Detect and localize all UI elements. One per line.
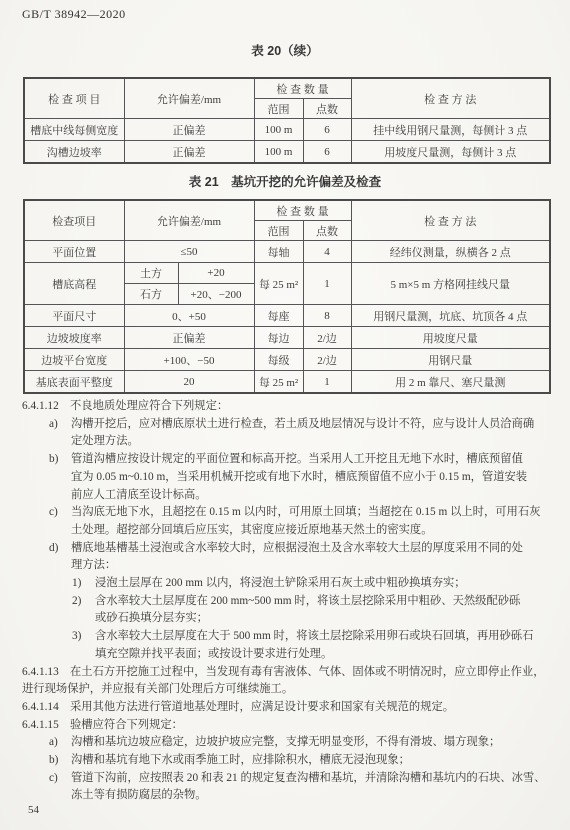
list-item-text: 当沟底无地下水，且超挖在 0.15 m 以内时，可用原土回填；当超挖在 0.15… [71, 504, 550, 539]
cell-method: 经纬仪测量，纵横各 2 点 [351, 241, 550, 263]
cell-method: 用坡度尺量测，每侧计 3 点 [351, 141, 550, 164]
cell-range: 100 m [254, 141, 303, 164]
document-page: GB/T 38942—2020 表 20（续） 检 查 项 目 允许偏差/mm … [0, 0, 570, 830]
list-item-a: a) 沟槽开挖后，应对槽底原状土进行检查，若土质及地层情况与设计不符，应与设计人… [22, 416, 550, 451]
header-quantity: 检 查 数 量 [254, 200, 351, 221]
sublist-item-text: 含水率较大土层厚度在 200 mm~500 mm 时，将该土层挖除采用中粗砂、天… [95, 593, 550, 628]
cell-method: 用钢尺量 [351, 349, 550, 371]
list-item-text: 槽底地基槽基土浸泡或含水率较大时，应根据浸泡土及含水率较大土层的厚度采用不同的处… [71, 540, 550, 575]
cell-range: 每轴 [254, 241, 303, 263]
standard-number: GB/T 38942—2020 [22, 7, 126, 22]
cell-tolerance: ≤50 [124, 241, 254, 263]
cell-item: 平面位置 [24, 241, 124, 263]
table-row: 边坡平台宽度 +100、−50 每级 2/边 用钢尺量 [24, 349, 550, 371]
cell-range: 每座 [254, 305, 303, 327]
cell-points: 6 [303, 119, 351, 141]
table-row: 槽底中线每侧宽度 正偏差 100 m 6 挂中线用钢尺量测，每侧计 3 点 [24, 119, 550, 141]
table-row: 基底表面平整度 20 每 25 m² 1 用 2 m 靠尺、塞尺量测 [24, 371, 550, 394]
header-points: 点数 [303, 221, 351, 241]
header-item: 检查项目 [24, 200, 124, 241]
cell-method: 用钢尺量测，坑底、坑顶各 4 点 [351, 305, 550, 327]
sublist-item-text: 含水率较大土层厚度在大于 500 mm 时，将该土层挖除采用卵石或块石回填，再用… [95, 628, 550, 663]
header-method: 检 查 方 法 [351, 200, 550, 241]
cell-sub-label: 石方 [124, 284, 178, 305]
table-20: 检 查 项 目 允许偏差/mm 检 查 数 量 检 查 方 法 范围 点数 槽底… [23, 77, 551, 164]
cell-points: 6 [303, 141, 351, 164]
cell-item: 沟槽边坡率 [24, 141, 124, 164]
list-item-c: c) 管道下沟前，应按照表 20 和表 21 的规定复查沟槽和基坑，并清除沟槽和… [22, 770, 550, 805]
cell-points: 1 [303, 263, 351, 305]
cell-item: 基底表面平整度 [24, 371, 124, 394]
list-item-c: c) 当沟底无地下水，且超挖在 0.15 m 以内时，可用原土回填；当超挖在 0… [22, 504, 550, 539]
header-range: 范围 [254, 99, 303, 119]
cell-tolerance: +100、−50 [124, 349, 254, 371]
cell-item: 边坡坡度率 [24, 327, 124, 349]
list-item-a: a) 沟槽和基坑边坡应稳定，边坡护坡应完整，支撑无明显变形，不得有滑坡、塌方现象… [22, 734, 550, 752]
sublist-item-label: 2) [72, 593, 95, 628]
header-points: 点数 [303, 99, 351, 119]
list-item-d: d) 槽底地基槽基土浸泡或含水率较大时，应根据浸泡土及含水率较大土层的厚度采用不… [22, 540, 550, 575]
cell-range: 每 25 m² [254, 263, 303, 305]
sublist-item-2: 2) 含水率较大土层厚度在 200 mm~500 mm 时，将该土层挖除采用中粗… [22, 593, 550, 628]
list-item-text: 沟槽开挖后，应对槽底原状土进行检查，若土质及地层情况与设计不符，应与设计人员洽商… [71, 416, 550, 451]
list-item-b: b) 管道沟槽应按设计规定的平面位置和标高开挖。当采用人工开挖且无地下水时，槽底… [22, 451, 550, 504]
table-21: 检查项目 允许偏差/mm 检 查 数 量 检 查 方 法 范围 点数 平面位置 … [23, 199, 551, 394]
cell-range: 每边 [254, 327, 303, 349]
list-item-label: b) [49, 752, 71, 770]
list-item-b: b) 沟槽和基坑有地下水或雨季施工时，应排除积水，槽底无浸泡现象； [22, 752, 550, 770]
cell-tolerance: 正偏差 [124, 141, 254, 164]
cell-range: 每级 [254, 349, 303, 371]
list-item-label: d) [49, 540, 71, 575]
cell-sub-value: +20、−200 [178, 284, 254, 305]
cell-tolerance: 20 [124, 371, 254, 394]
cell-sub-value: +20 [178, 263, 254, 284]
page-number: 54 [28, 804, 39, 816]
cell-points: 4 [303, 241, 351, 263]
cell-item: 槽底中线每侧宽度 [24, 119, 124, 141]
list-item-label: a) [49, 734, 71, 752]
sublist-item-text: 浸泡土层厚在 200 mm 以内，将浸泡土铲除采用石灰土或中粗砂换填夯实； [95, 575, 550, 593]
cell-tolerance: 0、+50 [124, 305, 254, 327]
clause-6-4-1-15: 6.4.1.15 验槽应符合下列规定： [22, 717, 550, 735]
cell-method: 用 2 m 靠尺、塞尺量测 [351, 371, 550, 394]
list-item-label: c) [49, 770, 71, 805]
list-item-text: 沟槽和基坑有地下水或雨季施工时，应排除积水，槽底无浸泡现象； [71, 752, 550, 770]
cell-tolerance: 正偏差 [124, 119, 254, 141]
clause-6-4-1-13: 6.4.1.13 在土石方开挖施工过程中，当发现有毒有害液体、气体、固体或不明情… [22, 664, 550, 699]
table-row: 槽底高程 土方 +20 每 25 m² 1 5 m×5 m 方格网挂线尺量 [24, 263, 550, 284]
sublist-item-3: 3) 含水率较大土层厚度在大于 500 mm 时，将该土层挖除采用卵石或块石回填… [22, 628, 550, 663]
table-row: 平面尺寸 0、+50 每座 8 用钢尺量测，坑底、坑顶各 4 点 [24, 305, 550, 327]
table-row: 平面位置 ≤50 每轴 4 经纬仪测量，纵横各 2 点 [24, 241, 550, 263]
sublist-item-label: 1) [72, 575, 95, 593]
sublist-item-1: 1) 浸泡土层厚在 200 mm 以内，将浸泡土铲除采用石灰土或中粗砂换填夯实； [22, 575, 550, 593]
cell-item: 平面尺寸 [24, 305, 124, 327]
header-range: 范围 [254, 221, 303, 241]
cell-points: 2/边 [303, 349, 351, 371]
cell-points: 1 [303, 371, 351, 394]
header-tolerance: 允许偏差/mm [124, 200, 254, 241]
body-text: 6.4.1.12 不良地质处理应符合下列规定： a) 沟槽开挖后，应对槽底原状土… [22, 398, 550, 805]
cell-method: 5 m×5 m 方格网挂线尺量 [351, 263, 550, 305]
header-item: 检 查 项 目 [24, 78, 124, 119]
list-item-text: 管道沟槽应按设计规定的平面位置和标高开挖。当采用人工开挖且无地下水时，槽底预留值… [71, 451, 550, 504]
clause-6-4-1-14: 6.4.1.14 采用其他方法进行管道地基处理时，应满足设计要求和国家有关规范的… [22, 699, 550, 717]
cell-range: 每 25 m² [254, 371, 303, 394]
list-item-label: c) [49, 504, 71, 539]
list-item-text: 管道下沟前，应按照表 20 和表 21 的规定复查沟槽和基坑，并清除沟槽和基坑内… [71, 770, 550, 805]
header-quantity: 检 查 数 量 [254, 78, 351, 99]
table-21-title: 表 21 基坑开挖的允许偏差及检查 [0, 172, 570, 190]
cell-sub-label: 土方 [124, 263, 178, 284]
cell-points: 2/边 [303, 327, 351, 349]
header-method: 检 查 方 法 [351, 78, 550, 119]
list-item-label: b) [49, 451, 71, 504]
table-row: 沟槽边坡率 正偏差 100 m 6 用坡度尺量测，每侧计 3 点 [24, 141, 550, 164]
clause-6-4-1-12: 6.4.1.12 不良地质处理应符合下列规定： [22, 398, 550, 416]
cell-item: 槽底高程 [24, 263, 124, 305]
list-item-text: 沟槽和基坑边坡应稳定，边坡护坡应完整，支撑无明显变形，不得有滑坡、塌方现象； [71, 734, 550, 752]
table-20-title: 表 20（续） [0, 41, 570, 59]
cell-tolerance: 正偏差 [124, 327, 254, 349]
cell-item: 边坡平台宽度 [24, 349, 124, 371]
list-item-label: a) [49, 416, 71, 451]
sublist-item-label: 3) [72, 628, 95, 663]
table-row: 边坡坡度率 正偏差 每边 2/边 用坡度尺量 [24, 327, 550, 349]
cell-method: 用坡度尺量 [351, 327, 550, 349]
header-tolerance: 允许偏差/mm [124, 78, 254, 119]
cell-points: 8 [303, 305, 351, 327]
cell-method: 挂中线用钢尺量测，每侧计 3 点 [351, 119, 550, 141]
cell-range: 100 m [254, 119, 303, 141]
